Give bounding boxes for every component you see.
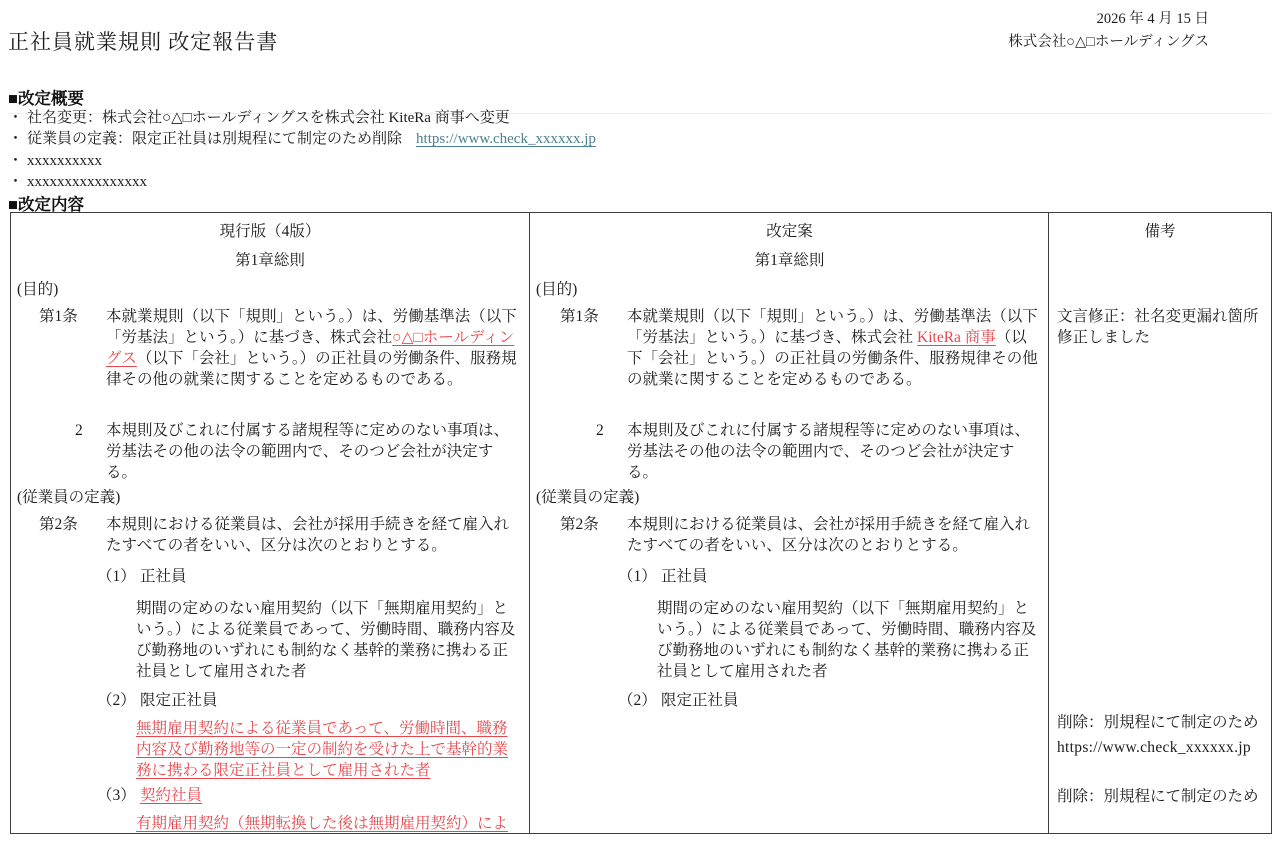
purpose-label: (目的) [17,279,529,300]
bullet-icon: ・ [8,131,23,147]
overview-list: ・社名変更：株式会社○△□ホールディングスを株式会社 KiteRa 商事へ変更 … [8,108,596,193]
remark-deletion-1: 削除：別規程にて制定のため [1057,712,1265,733]
overview-item-text: xxxxxxxxxxxxxxxx [27,174,147,190]
item-1-body: 期間の定めのない雇用契約（以下「無期雇用契約」という。）による従業員であって、労… [11,598,529,682]
article-body: 本就業規則（以下「規則」という。）は、労働基準法（以下「労基法」という。）に基づ… [627,306,1041,390]
remark-deletion-2: 削除：別規程にて制定のため [1057,786,1265,807]
sub-number: 2 [75,420,83,441]
employee-def-label: (従業員の定義) [536,487,1049,508]
article-2: 第2条 本規則における従業員は、会社が採用手続きを経て雇入れたすべての者をいい、… [11,514,529,556]
page-title: 正社員就業規則 改定報告書 [8,26,278,56]
document-page: 正社員就業規則 改定報告書 2026 年 4 月 15 日 株式会社○△□ホール… [0,0,1280,846]
chapter-title: 第1章総則 [530,250,1049,271]
item-title: 限定正社員 [140,690,218,711]
article-1: 第1条 本就業規則（以下「規則」という。）は、労働基準法（以下「労基法」という。… [11,306,529,390]
changed-text: KiteRa 商事 [917,329,996,346]
sub-number: 2 [596,420,604,441]
check-url-link[interactable]: https://www.check_xxxxxx.jp [416,131,596,147]
remark-wording-fix: 文言修正：社名変更漏れ箇所修正しました [1057,306,1265,348]
item-number: （2） [618,690,657,711]
overview-item-text: 従業員の定義：限定正社員は別規程にて制定のため削除 [27,131,402,147]
item-text: 期間の定めのない雇用契約（以下「無期雇用契約」という。）による従業員であって、労… [657,598,1041,682]
column-remarks: 備考 文言修正：社名変更漏れ箇所修正しました 削除：別規程にて制定のため htt… [1048,213,1271,833]
remark-url: https://www.check_xxxxxx.jp [1057,737,1265,758]
article-number: 第1条 [560,306,599,327]
bullet-icon: ・ [8,174,23,190]
article-1: 第1条 本就業規則（以下「規則」という。）は、労働基準法（以下「労基法」という。… [530,306,1049,390]
item-number: （2） [97,690,136,711]
article-body: 本規則における従業員は、会社が採用手続きを経て雇入れたすべての者をいい、区分は次… [106,514,519,556]
deleted-text: 有期雇用契約（無期転換した後は無期雇用契約）によ [136,813,519,834]
list-item: ・xxxxxxxxxxxxxxxx [8,172,596,193]
item-2-body: 無期雇用契約による従業員であって、労働時間、職務内容及び勤務地等の一定の制約を受… [11,718,529,781]
item-title: 正社員 [140,566,187,587]
article-2: 第2条 本規則における従業員は、会社が採用手続きを経て雇入れたすべての者をいい、… [530,514,1049,556]
item-1-body: 期間の定めのない雇用契約（以下「無期雇用契約」という。）による従業員であって、労… [530,598,1049,682]
item-number: （1） [97,566,136,587]
overview-item-text: 社名変更：株式会社○△□ホールディングスを株式会社 KiteRa 商事へ変更 [27,110,510,126]
bullet-icon: ・ [8,153,23,169]
chapter-title: 第1章総則 [11,250,529,271]
column-header-current: 現行版（4版） [11,221,529,242]
column-header-revised: 改定案 [530,221,1049,242]
article-text: （以下「会社」という。）の正社員の労働条件、服務規律その他の就業に関することを定… [106,350,517,388]
article-number: 第2条 [560,514,599,535]
deleted-text: 無期雇用契約による従業員であって、労働時間、職務内容及び勤務地等の一定の制約を受… [136,718,519,781]
document-date: 2026 年 4 月 15 日 [1008,8,1209,31]
article-1-sub2: 2 本規則及びこれに付属する諸規程等に定めのない事項は、労基法その他の法令の範囲… [11,420,529,483]
column-revised-draft: 改定案 第1章総則 (目的) 第1条 本就業規則（以下「規則」という。）は、労働… [529,213,1049,833]
item-number: （1） [618,566,657,587]
revision-table: 現行版（4版） 第1章総則 (目的) 第1条 本就業規則（以下「規則」という。）… [10,212,1272,834]
article-number: 第2条 [39,514,78,535]
company-name: 株式会社○△□ホールディングス [1008,31,1209,54]
column-header-remarks: 備考 [1049,221,1271,242]
list-item: ・社名変更：株式会社○△□ホールディングスを株式会社 KiteRa 商事へ変更 [8,108,596,129]
employee-def-label: (従業員の定義) [17,487,529,508]
item-text: 期間の定めのない雇用契約（以下「無期雇用契約」という。）による従業員であって、労… [136,598,519,682]
sub-body: 本規則及びこれに付属する諸規程等に定めのない事項は、労基法その他の法令の範囲内で… [627,420,1041,483]
purpose-label: (目的) [536,279,1049,300]
article-number: 第1条 [39,306,78,327]
column-current-version: 現行版（4版） 第1章総則 (目的) 第1条 本就業規則（以下「規則」という。）… [11,213,529,833]
list-item: ・xxxxxxxxxx [8,151,596,172]
item-3-body: 有期雇用契約（無期転換した後は無期雇用契約）によ [11,813,529,834]
item-title-deleted: 契約社員 [140,785,202,806]
item-number: （3） [97,785,136,806]
item-title: 正社員 [661,566,708,587]
list-item: ・従業員の定義：限定正社員は別規程にて制定のため削除https://www.ch… [8,129,596,150]
item-title: 限定正社員 [661,690,739,711]
overview-item-text: xxxxxxxxxx [27,153,102,169]
document-meta: 2026 年 4 月 15 日 株式会社○△□ホールディングス [1008,8,1209,54]
bullet-icon: ・ [8,110,23,126]
article-1-sub2: 2 本規則及びこれに付属する諸規程等に定めのない事項は、労基法その他の法令の範囲… [530,420,1049,483]
sub-body: 本規則及びこれに付属する諸規程等に定めのない事項は、労基法その他の法令の範囲内で… [106,420,519,483]
article-body: 本規則における従業員は、会社が採用手続きを経て雇入れたすべての者をいい、区分は次… [627,514,1041,556]
article-body: 本就業規則（以下「規則」という。）は、労働基準法（以下「労基法」という。）に基づ… [106,306,519,390]
